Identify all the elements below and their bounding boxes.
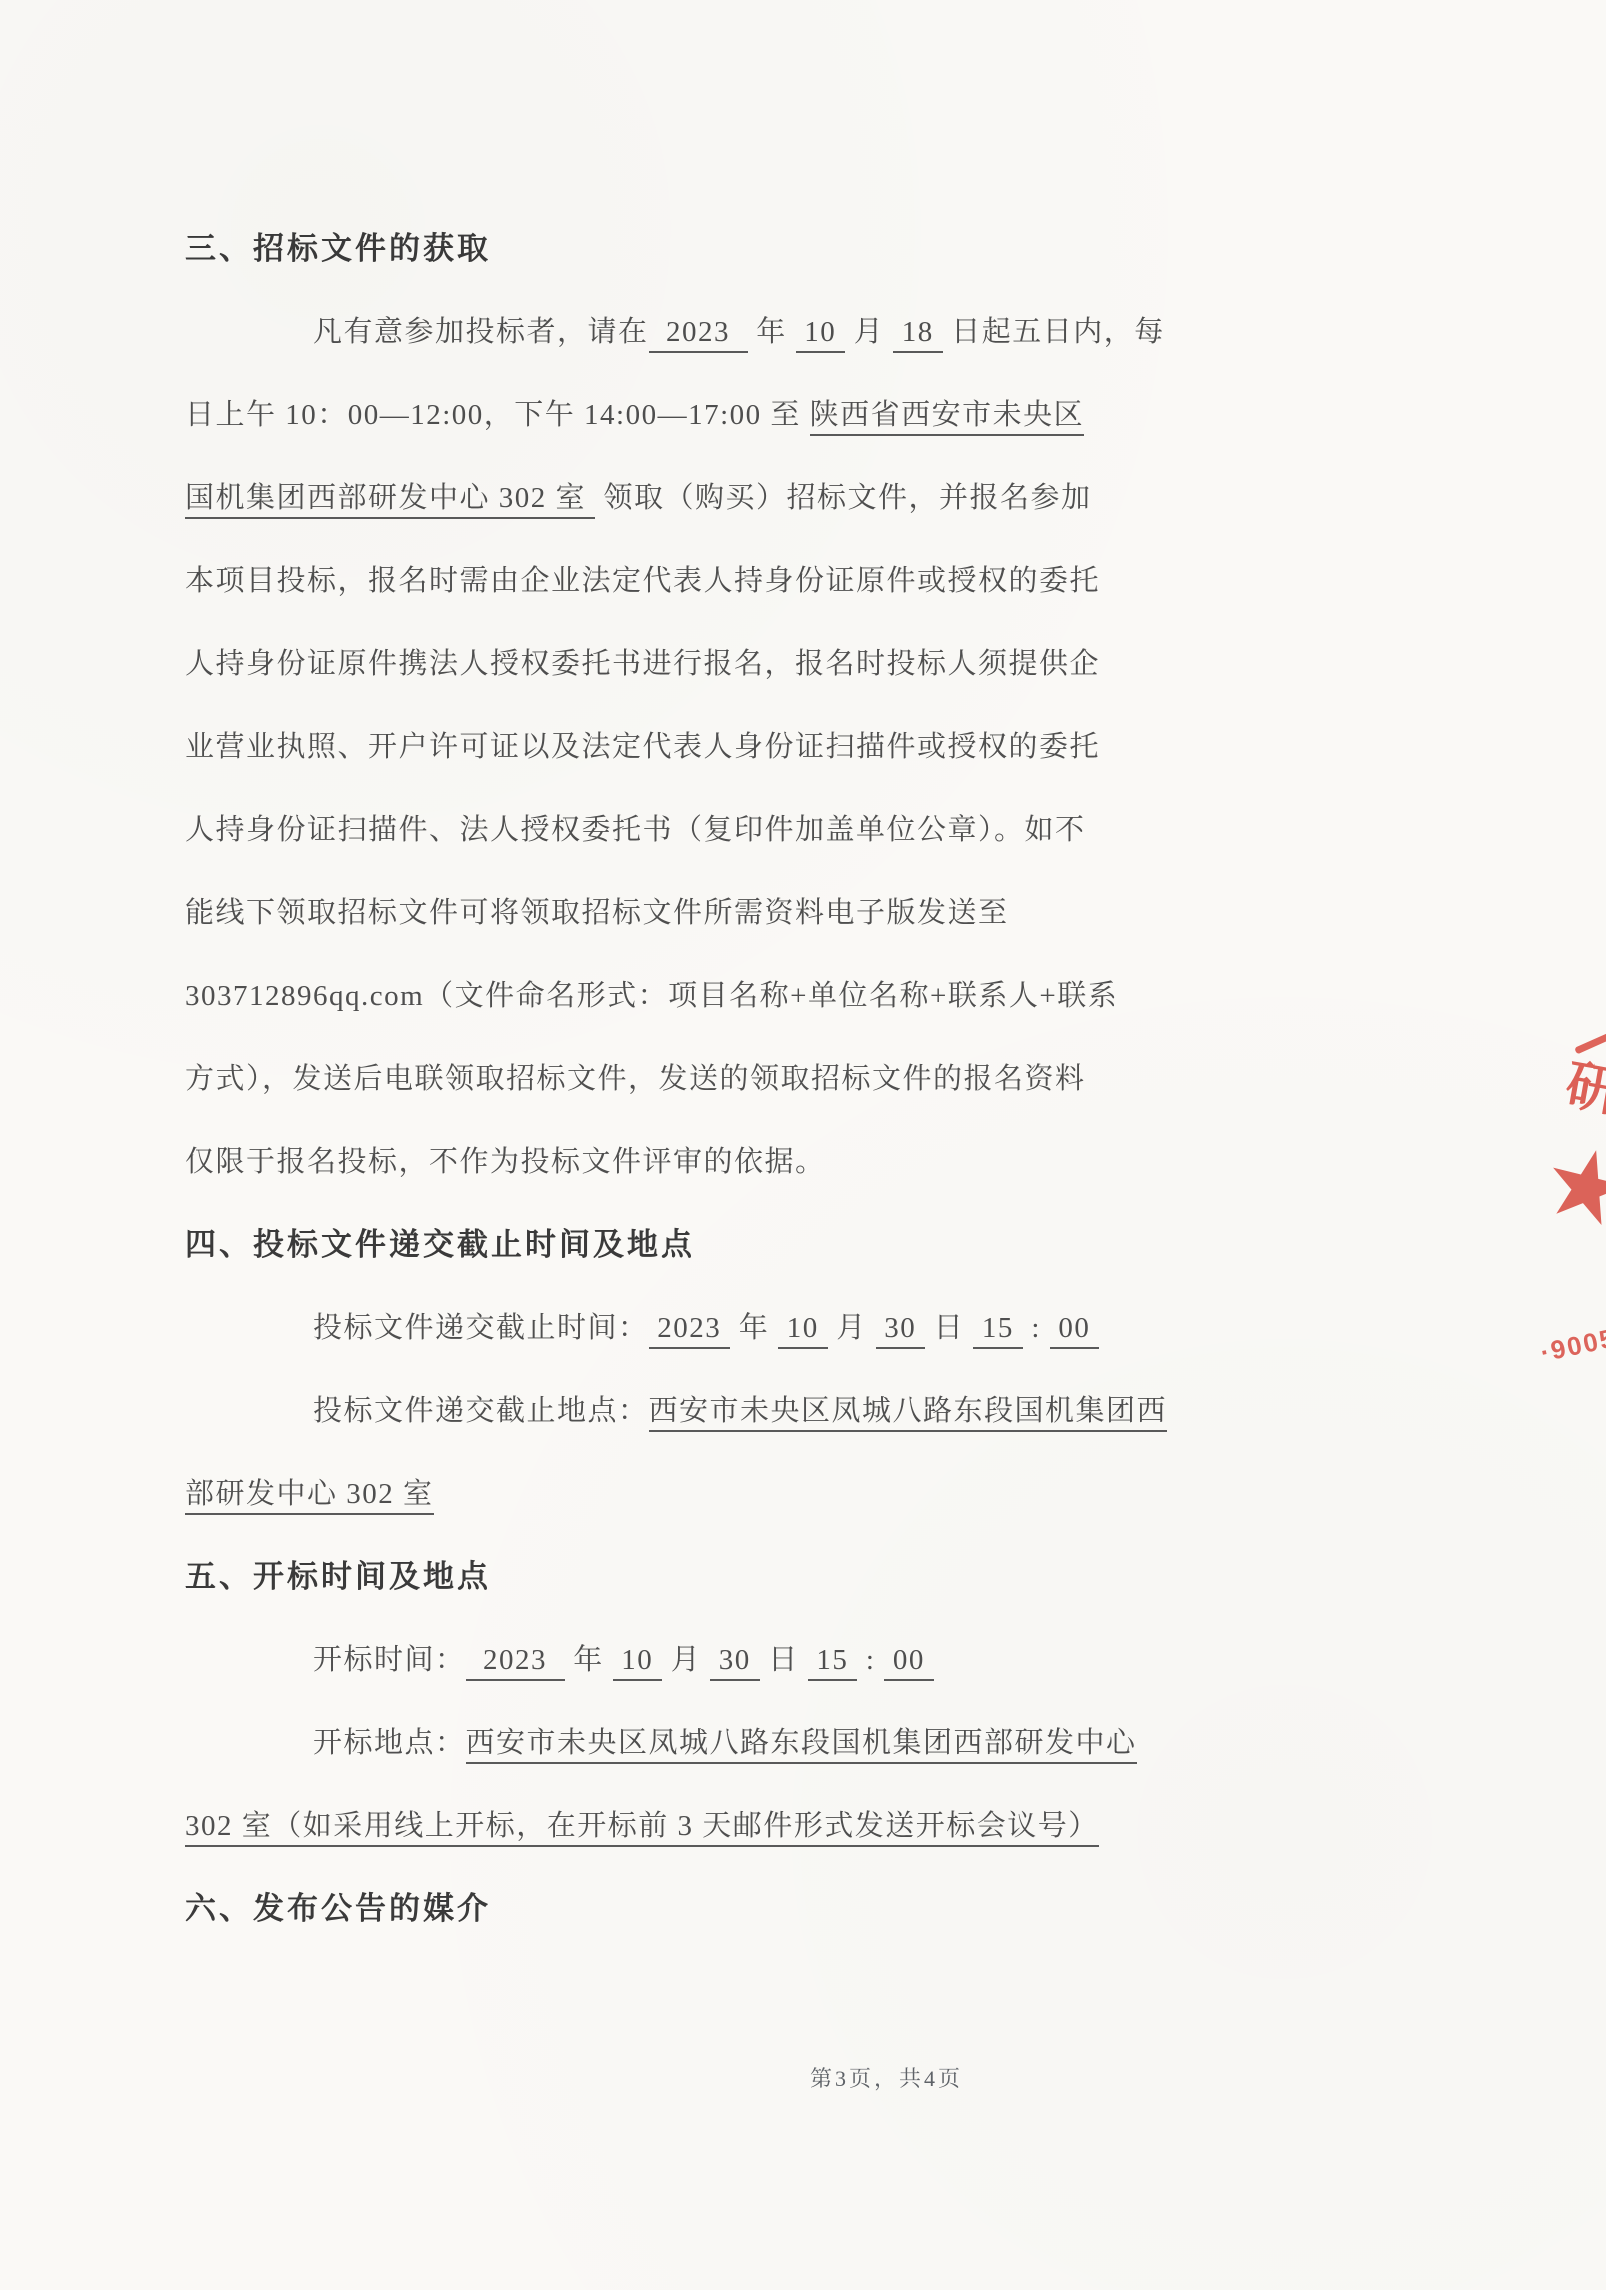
- page-number: 第3页，共4页: [810, 2062, 963, 2093]
- underlined-text: 西安市未央区凤城八路东段国机集团西部研发中心: [466, 1727, 1137, 1764]
- underlined-text: 2023: [649, 1312, 731, 1349]
- underlined-text: 302 室（如采用线上开标，在开标前 3 天邮件形式发送开标会议号）: [185, 1810, 1099, 1847]
- scanned-document-page: 三、招标文件的获取凡有意参加投标者，请在 2023 年 10 月 18 日起五日…: [0, 0, 1606, 2290]
- text-line: 日上午 10：00—12:00，下午 14:00—17:00 至 陕西省西安市未…: [185, 392, 1445, 475]
- text-line: 开标地点：西安市未央区凤城八路东段国机集团西部研发中心: [185, 1720, 1445, 1803]
- text-segment: 日: [760, 1644, 808, 1676]
- seal-character: 研: [1561, 1042, 1606, 1127]
- underlined-text: 30: [710, 1644, 760, 1681]
- text-segment: 日: [925, 1312, 973, 1344]
- underlined-text: 30: [876, 1312, 926, 1349]
- text-segment: 本项目投标，报名时需由企业法定代表人持身份证原件或授权的委托: [185, 565, 1100, 597]
- text-segment: 开标地点：: [313, 1727, 466, 1759]
- text-segment: 凡有意参加投标者，请在: [313, 316, 649, 348]
- underlined-text: 10: [778, 1312, 828, 1349]
- document-content: 三、招标文件的获取凡有意参加投标者，请在 2023 年 10 月 18 日起五日…: [185, 226, 1445, 1969]
- text-segment: 日上午 10：00—12:00，下午 14:00—17:00 至: [185, 399, 810, 431]
- text-line: 方式），发送后电联领取招标文件，发送的领取招标文件的报名资料: [185, 1056, 1445, 1139]
- text-segment: 人持身份证扫描件、法人授权委托书（复印件加盖单位公章）。如不: [185, 814, 1086, 846]
- text-segment: 年: [565, 1644, 613, 1676]
- text-line: 国机集团西部研发中心 302 室 领取（购买）招标文件，并报名参加: [185, 475, 1445, 558]
- text-segment: 三、招标文件的获取: [185, 231, 491, 266]
- text-line: 投标文件递交截止时间： 2023 年 10 月 30 日 15 : 00: [185, 1305, 1445, 1388]
- text-segment: 年: [730, 1312, 778, 1344]
- text-segment: 业营业执照、开户许可证以及法定代表人身份证扫描件或授权的委托: [185, 731, 1100, 763]
- underlined-text: 部研发中心 302 室: [185, 1478, 434, 1515]
- text-segment: 开标时间：: [313, 1644, 466, 1676]
- text-line: 投标文件递交截止地点：西安市未央区凤城八路东段国机集团西: [185, 1388, 1445, 1471]
- text-line: 业营业执照、开户许可证以及法定代表人身份证扫描件或授权的委托: [185, 724, 1445, 807]
- text-segment: 能线下领取招标文件可将领取招标文件所需资料电子版发送至: [185, 897, 1009, 929]
- text-segment: 领取（购买）招标文件，并报名参加: [595, 482, 1092, 514]
- text-segment: 年: [748, 316, 796, 348]
- underlined-text: 西安市未央区凤城八路东段国机集团西: [649, 1395, 1168, 1432]
- text-segment: :: [1023, 1312, 1050, 1344]
- section-heading: 三、招标文件的获取: [185, 226, 1445, 309]
- underlined-text: 国机集团西部研发中心 302 室: [185, 482, 595, 519]
- text-segment: 四、投标文件递交截止时间及地点: [185, 1227, 695, 1262]
- underlined-text: 2023: [649, 316, 748, 353]
- seal-number: ·9005: [1538, 1322, 1606, 1368]
- section-heading: 四、投标文件递交截止时间及地点: [185, 1222, 1445, 1305]
- section-heading: 六、发布公告的媒介: [185, 1886, 1445, 1969]
- text-line: 人持身份证原件携法人授权委托书进行报名，报名时投标人须提供企: [185, 641, 1445, 724]
- underlined-text: 18: [893, 316, 943, 353]
- underlined-text: 15: [808, 1644, 858, 1681]
- text-segment: 仅限于报名投标，不作为投标文件评审的依据。: [185, 1146, 826, 1178]
- text-segment: 月: [845, 316, 893, 348]
- text-segment: 投标文件递交截止地点：: [313, 1395, 649, 1427]
- seal-stroke: [1574, 1033, 1606, 1055]
- section-heading: 五、开标时间及地点: [185, 1554, 1445, 1637]
- text-segment: :: [857, 1644, 884, 1676]
- seal-star-icon: ★: [1532, 1129, 1606, 1245]
- text-line: 开标时间： 2023 年 10 月 30 日 15 : 00: [185, 1637, 1445, 1720]
- text-segment: 方式），发送后电联领取招标文件，发送的领取招标文件的报名资料: [185, 1063, 1086, 1095]
- text-line: 本项目投标，报名时需由企业法定代表人持身份证原件或授权的委托: [185, 558, 1445, 641]
- text-line: 303712896qq.com（文件命名形式：项目名称+单位名称+联系人+联系: [185, 973, 1445, 1056]
- underlined-text: 2023: [466, 1644, 565, 1681]
- text-segment: 人持身份证原件携法人授权委托书进行报名，报名时投标人须提供企: [185, 648, 1100, 680]
- text-segment: 月: [828, 1312, 876, 1344]
- text-segment: 投标文件递交截止时间：: [313, 1312, 649, 1344]
- text-segment: 六、发布公告的媒介: [185, 1891, 491, 1926]
- underlined-text: 15: [973, 1312, 1023, 1349]
- underlined-text: 10: [613, 1644, 663, 1681]
- underlined-text: 陕西省西安市未央区: [810, 399, 1085, 436]
- text-segment: 月: [662, 1644, 710, 1676]
- text-segment: 303712896qq.com（文件命名形式：项目名称+单位名称+联系人+联系: [185, 980, 1118, 1012]
- text-line: 能线下领取招标文件可将领取招标文件所需资料电子版发送至: [185, 890, 1445, 973]
- underlined-text: 10: [796, 316, 846, 353]
- text-line: 302 室（如采用线上开标，在开标前 3 天邮件形式发送开标会议号）: [185, 1803, 1445, 1886]
- text-line: 人持身份证扫描件、法人授权委托书（复印件加盖单位公章）。如不: [185, 807, 1445, 890]
- text-line: 凡有意参加投标者，请在 2023 年 10 月 18 日起五日内，每: [185, 309, 1445, 392]
- text-line: 部研发中心 302 室: [185, 1471, 1445, 1554]
- text-line: 仅限于报名投标，不作为投标文件评审的依据。: [185, 1139, 1445, 1222]
- text-segment: 五、开标时间及地点: [185, 1559, 491, 1594]
- underlined-text: 00: [884, 1644, 934, 1681]
- text-segment: 日起五日内，每: [943, 316, 1165, 348]
- underlined-text: 00: [1050, 1312, 1100, 1349]
